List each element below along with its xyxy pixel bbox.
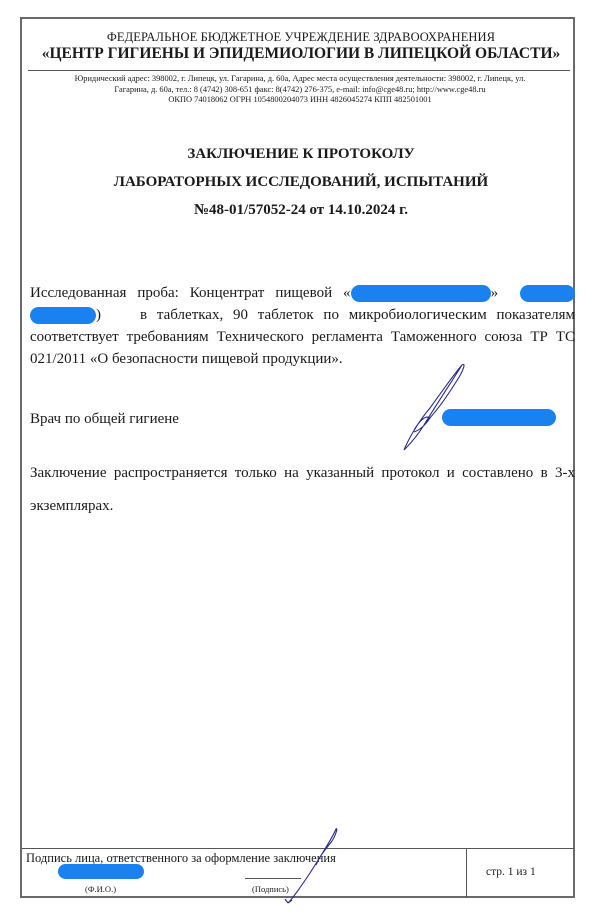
org-address: Юридический адрес: 398002, г. Липецк, ул… (30, 74, 570, 106)
doc-title-line-2: ЛАБОРАТОРНЫХ ИССЛЕДОВАНИЙ, ИСПЫТАНИЙ (0, 174, 602, 191)
footer-column-divider (466, 848, 467, 898)
address-line-1: Юридический адрес: 398002, г. Липецк, ул… (30, 74, 570, 85)
address-line-2: Гагарина, д. 60а, тел.: 8 (4742) 308-651… (30, 85, 570, 96)
org-name: «ЦЕНТР ГИГИЕНЫ И ЭПИДЕМИОЛОГИИ В ЛИПЕЦКО… (0, 45, 602, 63)
redacted-product-name (351, 285, 491, 302)
fio-caption: (Ф.И.О.) (85, 884, 116, 894)
registration-codes: ОКПО 74018062 ОГРН 1054800204073 ИНН 482… (30, 95, 570, 106)
redacted-product-detail (520, 285, 575, 302)
sample-conclusion: Исследованная проба: Концентрат пищевой … (30, 282, 575, 370)
redacted-responsible-name (58, 864, 144, 879)
org-type: ФЕДЕРАЛЬНОЕ БЮДЖЕТНОЕ УЧРЕЖДЕНИЕ ЗДРАВОО… (0, 30, 602, 45)
doctor-signature (396, 360, 476, 455)
header-divider (28, 70, 570, 71)
redacted-product-detail-2 (30, 307, 96, 324)
scope-note: Заключение распространяется только на ук… (30, 457, 575, 523)
doc-number-date: №48-01/57052-24 от 14.10.2024 г. (0, 202, 602, 219)
responsible-signature (280, 825, 340, 905)
doc-title-line-1: ЗАКЛЮЧЕНИЕ К ПРОТОКОЛУ (0, 146, 602, 163)
page-number: стр. 1 из 1 (486, 866, 536, 878)
